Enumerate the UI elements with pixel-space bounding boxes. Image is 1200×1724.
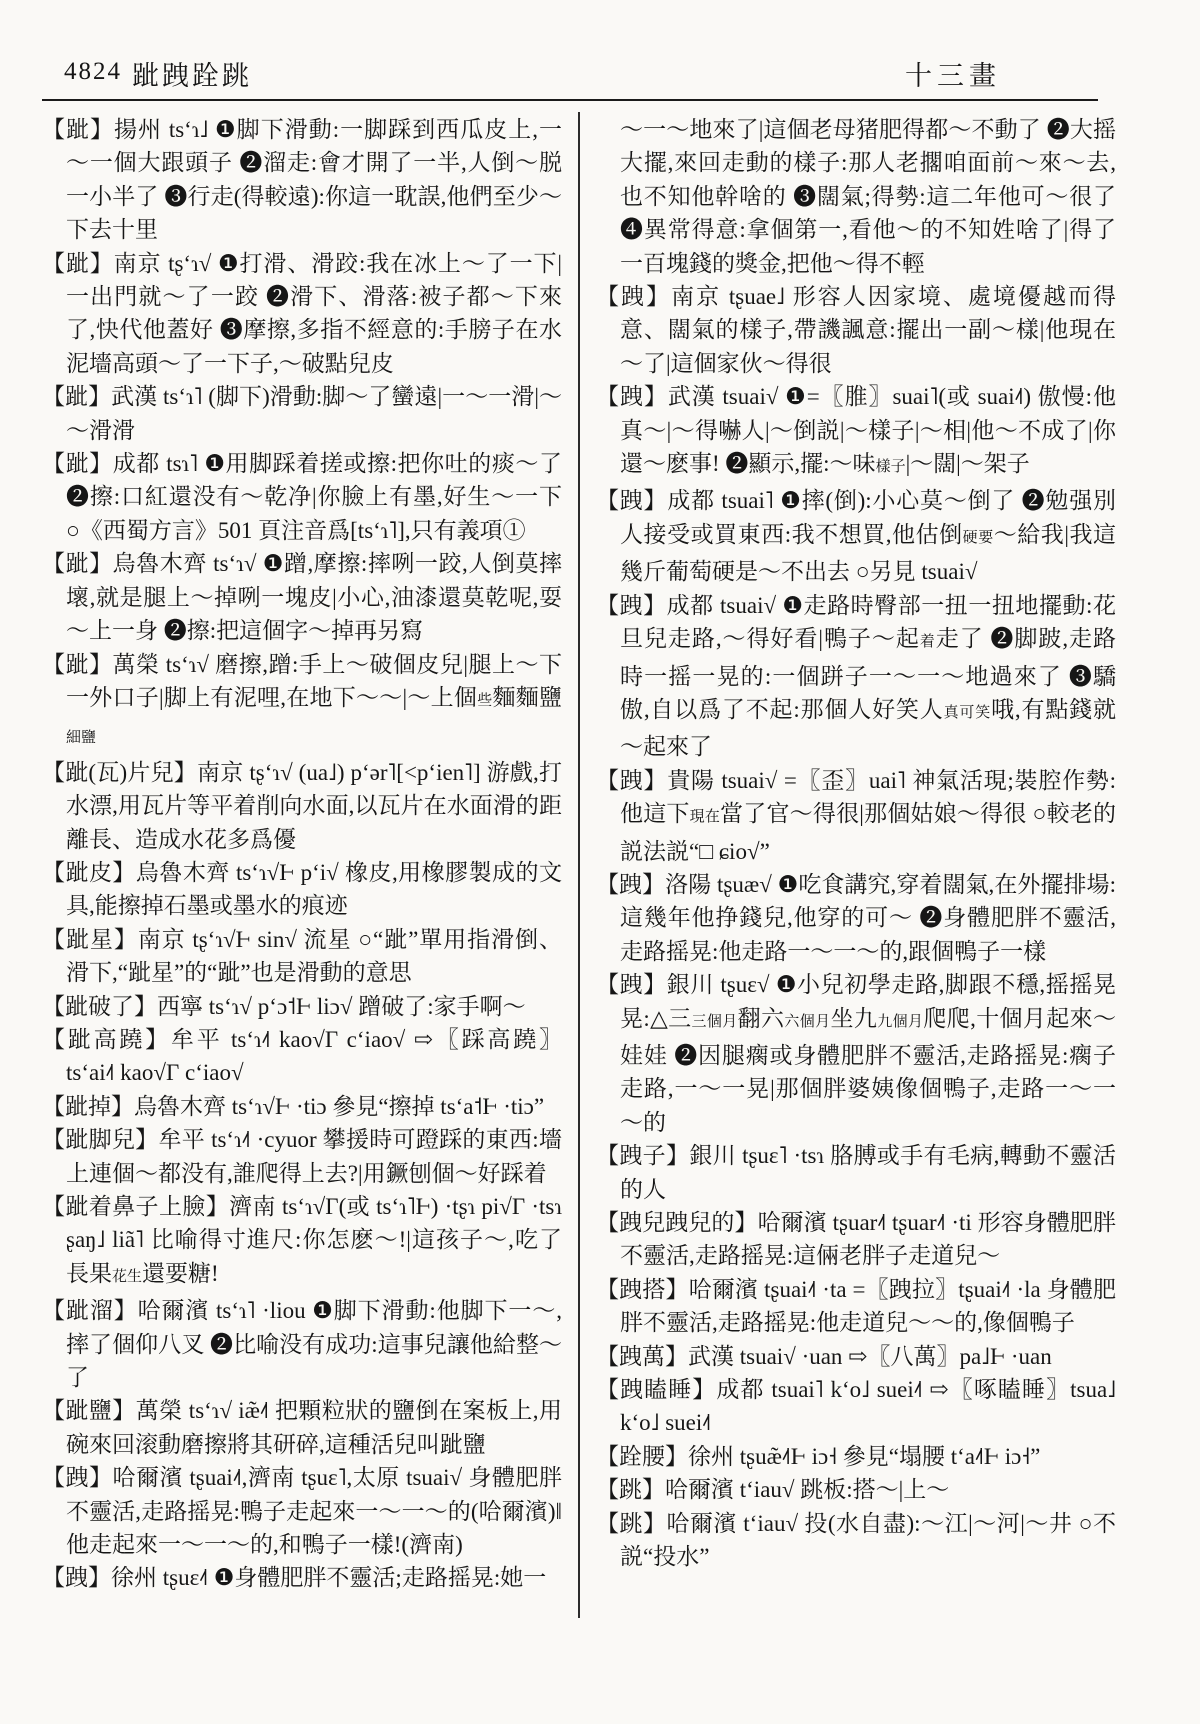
left-column: 【跐】揚州 tsʻɿ˩ ❶脚下滑動:一脚踩到西瓜皮上,一～一個大跟頭子 ❷溜走:… (42, 113, 562, 1595)
entry-annotation-small: 現在 (690, 809, 720, 825)
entry-text: 【跐】南京 tʂʻɿ√ ❶打滑、滑跤:我在冰上～了一下|一出門就～了一跤 ❷滑下… (42, 251, 562, 376)
dictionary-entry: 【跐溜】哈爾濱 tsʻɿ˥ ·liou ❶脚下滑動:他脚下一～,摔了個仰八叉 ❷… (42, 1294, 562, 1394)
entry-text: 【跐(瓦)片兒】南京 tʂʻɿ√ (ua˩) pʻər˥[<pʻien˥] 游戲… (42, 760, 562, 852)
dictionary-entry: 【跩】哈爾濱 tʂuai˨˦,濟南 tʂuɛ˥,太原 tsuai√ 身體肥胖不靈… (42, 1461, 562, 1561)
entry-annotation-small: 六個月 (784, 1014, 830, 1030)
entry-text: 還要糖! (142, 1261, 219, 1286)
entry-text: 翻六 (738, 1006, 785, 1031)
entry-annotation-small: 九個月 (877, 1014, 923, 1030)
entry-text: 【跩】哈爾濱 tʂuai˨˦,濟南 tʂuɛ˥,太原 tsuai√ 身體肥胖不靈… (42, 1465, 562, 1557)
dictionary-entry: 【跩】武漢 tsuai√ ❶=〖脽〗suai˥(或 suai˨˦) 傲慢:他真～… (596, 380, 1116, 484)
entry-annotation-small: 着 (920, 634, 936, 650)
dictionary-entry: 【跩】貴陽 tsuai√ =〖歪〗uai˥ 神氣活現;裝腔作勢:他這下現在當了官… (596, 764, 1116, 868)
dictionary-entry: 【跐鹽】萬榮 tsʻɿ√ iæ̃˨˦ 把顆粒狀的鹽倒在案板上,用碗來回滚動磨擦將… (42, 1394, 562, 1461)
entry-text: 【跐星】南京 tʂʻɿ√Ⱶ sin√ 流星 ○“跐”單用指滑倒、滑下,“跐星”的… (42, 927, 562, 985)
dictionary-entry: 【跐】揚州 tsʻɿ˩ ❶脚下滑動:一脚踩到西瓜皮上,一～一個大跟頭子 ❷溜走:… (42, 113, 562, 247)
entry-text: |～闊|～架子 (906, 451, 1030, 476)
entry-text: 【跐皮】烏魯木齊 tsʻɿ√Ⱶ pʻi√ 橡皮,用橡膠製成的文具,能擦掉石墨或墨… (42, 860, 562, 918)
dictionary-entry: 【跩】成都 tsuai˥ ❶摔(倒):小心莫～倒了 ❷勉强別人接受或買東西:我不… (596, 484, 1116, 588)
entry-text: 【跩】武漢 tsuai√ ❶=〖脽〗suai˥(或 suai˨˦) 傲慢:他真～… (596, 384, 1116, 476)
entry-text: 【跐掉】烏魯木齊 tsʻɿ√Ⱶ ·tiɔ 參見“擦掉 tsʻa˦Ⱶ ·tiɔ” (42, 1094, 544, 1119)
entry-text: 【跩兒跩兒的】哈爾濱 tʂuar˨˦ tʂuar˨˦ ·ti 形容身體肥胖不靈活… (596, 1210, 1116, 1268)
entry-annotation-small: 硬要 (963, 530, 994, 546)
entry-text: 【跐】揚州 tsʻɿ˩ ❶脚下滑動:一脚踩到西瓜皮上,一～一個大跟頭子 ❷溜走:… (42, 117, 562, 242)
dictionary-entry: 【跳】哈爾濱 tʻiau√ 跳板:搭～|上～ (596, 1473, 1116, 1506)
entry-text: 【跩搭】哈爾濱 tʂuai˨˦ ·ta =〖跩拉〗tʂuai˨˦ ·la 身體肥… (596, 1277, 1116, 1335)
entry-annotation-small: 花生 (112, 1269, 142, 1285)
entry-text: 【跩】洛陽 tʂuæ√ ❶吃食講究,穿着闊氣,在外擺排場:這幾年他挣錢兒,他穿的… (596, 872, 1116, 964)
dictionary-entry: 【跐】武漢 tsʻɿ˥ (脚下)滑動:脚～了蠻遠|一～一滑|～～滑滑 (42, 380, 562, 447)
entry-annotation-small: 樣子 (876, 459, 906, 475)
dictionary-entry: 【跐掉】烏魯木齊 tsʻɿ√Ⱶ ·tiɔ 參見“擦掉 tsʻa˦Ⱶ ·tiɔ” (42, 1090, 562, 1123)
entry-text: 【跐鹽】萬榮 tsʻɿ√ iæ̃˨˦ 把顆粒狀的鹽倒在案板上,用碗來回滚動磨擦將… (42, 1398, 562, 1456)
dictionary-entry: 【跐】南京 tʂʻɿ√ ❶打滑、滑跤:我在冰上～了一下|一出門就～了一跤 ❷滑下… (42, 247, 562, 381)
entry-annotation-small: 真可笑 (944, 705, 992, 721)
dictionary-page: 4824 跐跩跧跳 十三畫 【跐】揚州 tsʻɿ˩ ❶脚下滑動:一脚踩到西瓜皮上… (0, 0, 1200, 1724)
dictionary-entry: 【跩】徐州 tʂuɛ˨˦ ❶身體肥胖不靈活;走路摇晃:她一 (42, 1561, 562, 1594)
entry-text: 【跐脚兒】牟平 tsʻɿ˨˦ ·cyuor 攀援時可蹬踩的東西:墻上連個～都没有… (42, 1127, 562, 1185)
column-divider (578, 112, 580, 1618)
entry-text: 【跐】烏魯木齊 tsʻɿ√ ❶蹭,摩擦:摔咧一跤,人倒莫摔壞,就是腿上～掉咧一塊… (42, 551, 562, 643)
entry-text: 坐九 (831, 1006, 878, 1031)
dictionary-entry: ～一～地來了|這個老母猪肥得都～不動了 ❷大摇大擺,來回走動的樣子:那人老擱咱面… (596, 113, 1116, 280)
entry-text: ～一～地來了|這個老母猪肥得都～不動了 ❷大摇大擺,來回走動的樣子:那人老擱咱面… (620, 117, 1116, 276)
entry-annotation-small: 三個月 (692, 1014, 738, 1030)
entry-text: 【跐溜】哈爾濱 tsʻɿ˥ ·liou ❶脚下滑動:他脚下一～,摔了個仰八叉 ❷… (42, 1298, 562, 1390)
entry-text: 【跳】哈爾濱 tʻiau√ 投(水自盡):～江|～河|～井 ○不説“投水” (596, 1511, 1116, 1569)
header-headwords: 跐跩跧跳 (132, 54, 252, 93)
dictionary-entry: 【跩兒跩兒的】哈爾濱 tʂuar˨˦ tʂuar˨˦ ·ti 形容身體肥胖不靈活… (596, 1206, 1116, 1273)
dictionary-entry: 【跩】南京 tʂuae˩ 形容人因家境、處境優越而得意、闊氣的樣子,帶譏諷意:擺… (596, 280, 1116, 380)
dictionary-entry: 【跐脚兒】牟平 tsʻɿ˨˦ ·cyuor 攀援時可蹬踩的東西:墻上連個～都没有… (42, 1123, 562, 1190)
dictionary-entry: 【跩】銀川 tʂuɛ√ ❶小兒初學走路,脚跟不穩,摇摇晃晃:△三三個月翻六六個月… (596, 968, 1116, 1139)
page-number: 4824 (64, 58, 122, 86)
entry-text: 【跩】徐州 tʂuɛ˨˦ ❶身體肥胖不靈活;走路摇晃:她一 (42, 1565, 546, 1590)
entry-annotation-small: 細鹽 (66, 730, 96, 746)
dictionary-entry: 【跧腰】徐州 tʂuæ̃˨˦Ⱶ iɔ˧ 參見“塌腰 tʻa˨˦Ⱶ iɔ˧” (596, 1440, 1116, 1473)
dictionary-entry: 【跩萬】武漢 tsuai√ ·uan ⇨〖八萬〗pa˩Ⱶ ·uan (596, 1340, 1116, 1373)
dictionary-entry: 【跐(瓦)片兒】南京 tʂʻɿ√ (ua˩) pʻər˥[<pʻien˥] 游戲… (42, 756, 562, 856)
dictionary-entry: 【跩搭】哈爾濱 tʂuai˨˦ ·ta =〖跩拉〗tʂuai˨˦ ·la 身體肥… (596, 1273, 1116, 1340)
right-column: ～一～地來了|這個老母猪肥得都～不動了 ❷大摇大擺,來回走動的樣子:那人老擱咱面… (596, 113, 1116, 1573)
entry-text: 【跐破了】西寧 tsʻɿ√ pʻɔ˦Ⱶ liɔ√ 蹭破了:家手啊～ (42, 994, 526, 1019)
entry-text: 【跩瞌睡】成都 tsuai˥ kʻo˩ suei˨˦ ⇨〖啄瞌睡〗tsua˩ k… (596, 1377, 1116, 1435)
dictionary-entry: 【跩】成都 tsuai√ ❶走路時臀部一扭一扭地擺動:花旦兒走路,～得好看|鴨子… (596, 589, 1116, 764)
entry-text: 【跐】成都 tsɿ˥ ❶用脚踩着搓或擦:把你吐的痰～了 ❷擦:口紅還没有～乾净|… (42, 451, 562, 543)
entry-annotation-small: 些 (477, 693, 492, 709)
dictionary-entry: 【跐着鼻子上臉】濟南 tsʻɿ√Γ(或 tsʻɿ˥Ⱶ) ·tʂɿ pi√Γ ·t… (42, 1190, 562, 1294)
entry-text: 麵麵鹽 (492, 685, 562, 710)
entry-text: 【跩萬】武漢 tsuai√ ·uan ⇨〖八萬〗pa˩Ⱶ ·uan (596, 1344, 1052, 1369)
dictionary-entry: 【跐】萬榮 tsʻɿ√ 磨擦,蹭:手上～破個皮兒|腿上～下一外口子|脚上有泥哩,… (42, 648, 562, 756)
entry-text: 【跐】武漢 tsʻɿ˥ (脚下)滑動:脚～了蠻遠|一～一滑|～～滑滑 (42, 384, 562, 442)
dictionary-entry: 【跩】洛陽 tʂuæ√ ❶吃食講究,穿着闊氣,在外擺排場:這幾年他挣錢兒,他穿的… (596, 868, 1116, 968)
entry-text: 【跩】南京 tʂuae˩ 形容人因家境、處境優越而得意、闊氣的樣子,帶譏諷意:擺… (596, 284, 1116, 376)
dictionary-entry: 【跳】哈爾濱 tʻiau√ 投(水自盡):～江|～河|～井 ○不説“投水” (596, 1507, 1116, 1574)
dictionary-entry: 【跐】成都 tsɿ˥ ❶用脚踩着搓或擦:把你吐的痰～了 ❷擦:口紅還没有～乾净|… (42, 447, 562, 547)
dictionary-entry: 【跐破了】西寧 tsʻɿ√ pʻɔ˦Ⱶ liɔ√ 蹭破了:家手啊～ (42, 990, 562, 1023)
entry-text: 【跩子】銀川 tʂuɛ˥ ·tsɿ 胳膊或手有毛病,轉動不靈活的人 (596, 1143, 1116, 1201)
header-section-label: 十三畫 (905, 54, 1001, 93)
dictionary-entry: 【跩瞌睡】成都 tsuai˥ kʻo˩ suei˨˦ ⇨〖啄瞌睡〗tsua˩ k… (596, 1373, 1116, 1440)
entry-text: 【跳】哈爾濱 tʻiau√ 跳板:搭～|上～ (596, 1477, 949, 1502)
dictionary-entry: 【跐星】南京 tʂʻɿ√Ⱶ sin√ 流星 ○“跐”單用指滑倒、滑下,“跐星”的… (42, 923, 562, 990)
header-rule (42, 99, 1098, 101)
dictionary-entry: 【跩子】銀川 tʂuɛ˥ ·tsɿ 胳膊或手有毛病,轉動不靈活的人 (596, 1139, 1116, 1206)
entry-text: 【跧腰】徐州 tʂuæ̃˨˦Ⱶ iɔ˧ 參見“塌腰 tʻa˨˦Ⱶ iɔ˧” (596, 1444, 1040, 1469)
dictionary-entry: 【跐】烏魯木齊 tsʻɿ√ ❶蹭,摩擦:摔咧一跤,人倒莫摔壞,就是腿上～掉咧一塊… (42, 547, 562, 647)
dictionary-entry: 【跐高蹺】牟平 tsʻɿ˨˦ kao√Γ cʻiao√ ⇨〖踩高蹺〗tsʻai˨… (42, 1023, 562, 1090)
dictionary-entry: 【跐皮】烏魯木齊 tsʻɿ√Ⱶ pʻi√ 橡皮,用橡膠製成的文具,能擦掉石墨或墨… (42, 856, 562, 923)
entry-text: 【跐高蹺】牟平 tsʻɿ˨˦ kao√Γ cʻiao√ ⇨〖踩高蹺〗tsʻai˨… (42, 1027, 562, 1085)
